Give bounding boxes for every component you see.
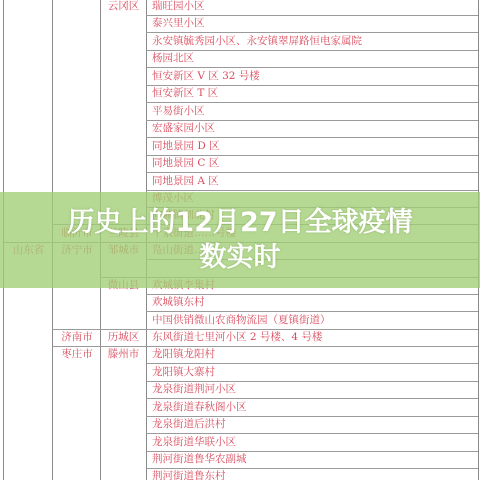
- place-cell: 杨园北区: [152, 50, 476, 67]
- place-cell: 欢城镇东村: [152, 294, 476, 311]
- place-cell: 龙泉街道春秋阁小区: [152, 399, 476, 416]
- banner-title-line2: 数实时: [200, 240, 281, 275]
- place-cell: 中国供销微山农商物流园（夏镇街道）: [152, 312, 476, 329]
- place-cell: 龙泉街道荆河小区: [152, 381, 476, 398]
- place-cell: 泰兴里小区: [152, 15, 476, 32]
- district-cell: 云冈区: [101, 0, 146, 15]
- place-cell: 平易街小区: [152, 103, 476, 120]
- place-cell: 荆河街道鲁东村: [152, 468, 476, 480]
- place-cell: 同地景园 D 区: [152, 138, 476, 155]
- district-cell: 历城区: [101, 329, 146, 346]
- place-cell: 龙泉街道后洪村: [152, 416, 476, 433]
- place-cell: 宏盛家园小区: [152, 120, 476, 137]
- district-cell: 滕州市: [101, 346, 146, 363]
- place-cell: 同地景园 A 区: [152, 173, 476, 190]
- place-cell: 东风街道七里河小区 2 号楼、4 号楼: [152, 329, 476, 346]
- city-cell: 枣庄市: [54, 346, 100, 363]
- place-cell: 恒安新区 T 区: [152, 85, 476, 102]
- banner-title-line1: 历史上的12月27日全球疫情: [67, 205, 412, 240]
- place-cell: 龙阳镇龙阳村: [152, 346, 476, 363]
- place-cell: 龙阳镇大寨村: [152, 364, 476, 381]
- place-cell: 荆河街道鲁华农副城: [152, 451, 476, 468]
- place-cell: 永安镇毓秀园小区、永安镇翠屏路恒电家属院: [152, 33, 476, 50]
- place-cell: 瑞旺园小区: [152, 0, 476, 15]
- place-cell: 恒安新区 V 区 32 号楼: [152, 68, 476, 85]
- place-cell: 同地景园 C 区: [152, 155, 476, 172]
- city-cell: 济南市: [54, 329, 100, 346]
- banner-title: 历史上的12月27日全球疫情 数实时: [0, 192, 480, 288]
- place-cell: 龙泉街道华联小区: [152, 434, 476, 451]
